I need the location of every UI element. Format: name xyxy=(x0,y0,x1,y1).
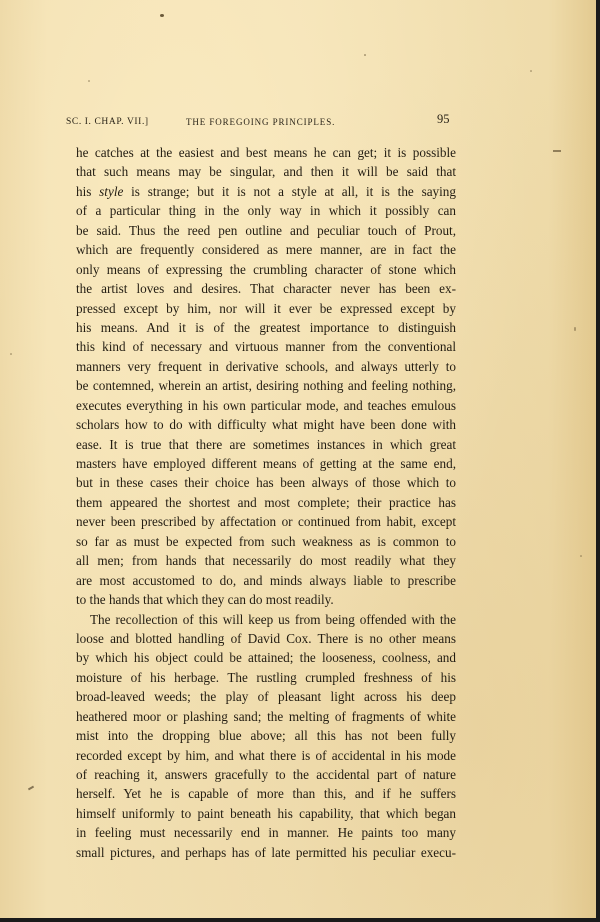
text-line: himself uniformly to paint beneath his c… xyxy=(76,804,456,823)
text-line: manners very frequent in derivative scho… xyxy=(76,357,456,376)
text-line: only means of expressing the crumbling c… xyxy=(76,260,456,279)
text-line: the artist loves and desires. That chara… xyxy=(76,279,456,298)
paper-speck xyxy=(10,353,12,355)
text-span: is strange; but it is not a style at all… xyxy=(123,184,456,199)
text-line: pressed except by him, nor will it ever … xyxy=(76,299,456,318)
text-line: ease. It is true that there are sometime… xyxy=(76,435,456,454)
text-line: executes everything in his own particula… xyxy=(76,396,456,415)
text-line: small pictures, and perhaps has of late … xyxy=(76,843,456,862)
text-line: this kind of necessary and virtuous mann… xyxy=(76,337,456,356)
running-header: SC. I. CHAP. VII.] THE FOREGOING PRINCIP… xyxy=(66,112,486,132)
text-line: moisture of his herbage. The rustling cr… xyxy=(76,668,456,687)
text-line: mist into the dropping blue above; all t… xyxy=(76,726,456,745)
paper-speck xyxy=(160,14,164,17)
text-line: he catches at the easiest and best means… xyxy=(76,143,456,162)
text-line: that such means may be singular, and the… xyxy=(76,162,456,181)
text-line: which are frequently considered as mere … xyxy=(76,240,456,259)
text-span: his xyxy=(76,184,99,199)
text-line: be contemned, wherein an artist, desirin… xyxy=(76,376,456,395)
margin-mark xyxy=(28,786,34,791)
italic-word: style xyxy=(99,184,123,199)
text-line: his means. And it is of the greatest imp… xyxy=(76,318,456,337)
book-page: SC. I. CHAP. VII.] THE FOREGOING PRINCIP… xyxy=(0,0,596,918)
paper-speck xyxy=(364,54,366,56)
text-line: so far as must be expected from such wea… xyxy=(76,532,456,551)
text-line: be said. Thus the reed pen outline and p… xyxy=(76,221,456,240)
text-line: by which his object could be attained; t… xyxy=(76,648,456,667)
text-line: all men; from hands that necessarily do … xyxy=(76,551,456,570)
text-line: heathered moor or plashing sand; the mel… xyxy=(76,707,456,726)
text-line: never been prescribed by affectation or … xyxy=(76,512,456,531)
paper-speck xyxy=(574,327,576,331)
text-line: in feeling must necessarily end in manne… xyxy=(76,823,456,842)
text-line: but in these cases their choice has been… xyxy=(76,473,456,492)
text-line: are most accustomed to do, and minds alw… xyxy=(76,571,456,590)
paragraph-start-line: The recollection of this will keep us fr… xyxy=(76,610,456,629)
section-reference: SC. I. CHAP. VII.] xyxy=(66,117,149,127)
margin-mark xyxy=(553,150,561,152)
text-line: recorded except by him, and what there i… xyxy=(76,746,456,765)
text-line: them appeared the shortest and most comp… xyxy=(76,493,456,512)
text-line: herself. Yet he is capable of more than … xyxy=(76,784,456,803)
text-line: scholars how to do with difficulty what … xyxy=(76,415,456,434)
paper-speck xyxy=(580,555,582,557)
text-line: of a particular thing in the only way in… xyxy=(76,201,456,220)
page-number: 95 xyxy=(437,112,450,127)
text-line: his style is strange; but it is not a st… xyxy=(76,182,456,201)
chapter-title: THE FOREGOING PRINCIPLES. xyxy=(186,117,335,127)
paper-speck xyxy=(88,80,90,82)
text-line: to the hands that which they can do most… xyxy=(76,590,456,609)
paper-speck xyxy=(530,70,532,72)
text-line: broad-leaved weeds; the play of pleasant… xyxy=(76,687,456,706)
text-line: masters have employed different means of… xyxy=(76,454,456,473)
body-text: he catches at the easiest and best means… xyxy=(76,143,456,862)
text-line: loose and blotted handling of David Cox.… xyxy=(76,629,456,648)
text-line: of reaching it, answers gracefully to th… xyxy=(76,765,456,784)
